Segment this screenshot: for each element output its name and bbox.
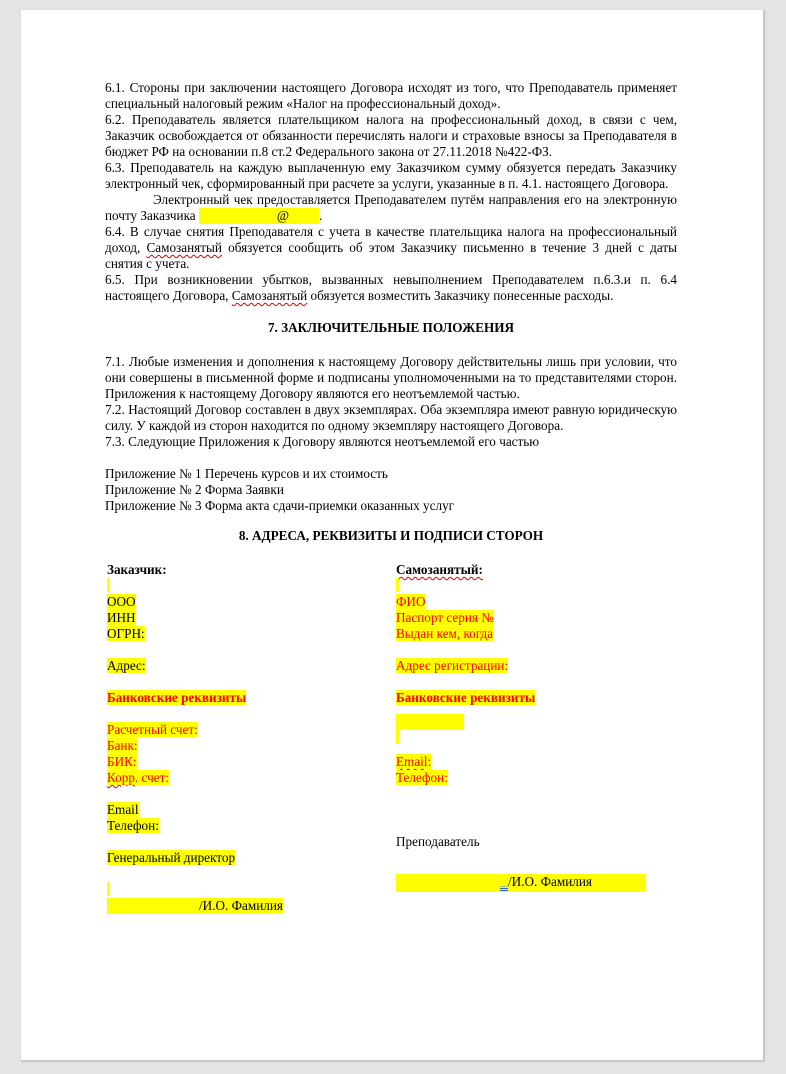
customer-corr-account-field[interactable]: Корр. счет: [107,770,169,785]
clause-6-5-part-b: обязуется возместить Заказчику понесенны… [307,288,613,303]
contractor-header: Самозанятый: [396,562,483,577]
receipt-text: Электронный чек предоставляется Преподав… [105,192,677,223]
appendix-item: Приложение № 1 Перечень курсов и их стои… [105,466,677,482]
customer-ogrn-field[interactable]: ОГРН: [107,626,145,641]
empty-highlight-field[interactable] [396,578,399,592]
section-7-heading: 7. ЗАКЛЮЧИТЕЛЬНЫЕ ПОЛОЖЕНИЯ [105,320,677,336]
customer-position-field[interactable]: Генеральный директор [107,850,235,865]
contractor-requisites: Самозанятый: ФИО Паспорт серия № Выдан к… [396,562,656,890]
spellcheck-word[interactable]: Email [396,754,428,769]
clause-7-2: 7.2. Настоящий Договор составлен в двух … [105,402,677,434]
clause-6-1: 6.1. Стороны при заключении настоящего Д… [105,80,677,112]
clause-6-3: 6.3. Преподаватель на каждую выплаченную… [105,160,677,192]
customer-account-field[interactable]: Расчетный счет: [107,722,198,737]
customer-email-label[interactable]: Email [107,802,139,817]
document-page: 6.1. Стороны при заключении настоящего Д… [21,10,765,1062]
contractor-bank-header[interactable]: Банковские реквизиты [396,690,535,705]
contractor-position: Преподаватель [396,834,656,850]
clause-6-5: 6.5. При возникновении убытков, вызванны… [105,272,677,304]
period: . [319,208,322,223]
clause-6-4: 6.4. В случае снятия Преподавателя с уче… [105,224,677,272]
customer-org-field[interactable]: ООО [107,594,136,609]
empty-highlight-field[interactable] [107,578,110,592]
email-colon: : [428,754,432,769]
requisites-columns: Заказчик: ООО ИНН ОГРН: Адрес: Банковски… [105,562,677,962]
contractor-signature-text: /И.О. Фамилия [508,874,592,889]
customer-email-field[interactable]: @ [199,208,319,224]
customer-bik-field[interactable]: БИК: [107,754,137,769]
document-content[interactable]: 6.1. Стороны при заключении настоящего Д… [105,80,677,962]
contractor-passport-field[interactable]: Паспорт серия № [396,610,494,625]
empty-highlight-field[interactable] [396,730,399,744]
contractor-signature-field[interactable]: __/И.О. Фамилия [396,874,646,892]
customer-signature-field[interactable]: /И.О. Фамилия [107,898,283,914]
contractor-fio-field[interactable]: ФИО [396,594,425,609]
customer-requisites: Заказчик: ООО ИНН ОГРН: Адрес: Банковски… [107,562,367,914]
corr-label-rest: . счет: [135,770,169,785]
signature-underline-mark: __ [500,879,508,891]
contractor-address-field[interactable]: Адрес регистрации: [396,658,508,673]
section-8-heading: 8. АДРЕСА, РЕКВИЗИТЫ И ПОДПИСИ СТОРОН [105,528,677,544]
clause-6-3-receipt: Электронный чек предоставляется Преподав… [105,192,677,224]
customer-inn-field[interactable]: ИНН [107,610,136,625]
clause-7-3: 7.3. Следующие Приложения к Договору явл… [105,434,677,450]
contractor-issued-field[interactable]: Выдан кем, когда [396,626,493,641]
appendix-list: Приложение № 1 Перечень курсов и их стои… [105,466,677,514]
spellcheck-word[interactable]: Самозанятый [232,288,307,303]
clause-7-1: 7.1. Любые изменения и дополнения к наст… [105,354,677,402]
customer-header: Заказчик: [107,562,367,578]
clause-6-2: 6.2. Преподаватель является плательщиком… [105,112,677,160]
customer-bank-field[interactable]: Банк: [107,738,138,753]
empty-highlight-field[interactable] [107,882,110,896]
customer-bank-header[interactable]: Банковские реквизиты [107,690,246,705]
contractor-email-field[interactable]: Email: [396,754,431,769]
appendix-item: Приложение № 3 Форма акта сдачи-приемки … [105,498,677,514]
customer-address-field[interactable]: Адрес: [107,658,146,673]
spellcheck-word[interactable]: Корр [107,770,135,785]
empty-highlight-block[interactable] [396,714,464,730]
spellcheck-word[interactable]: Самозанятый [146,240,221,255]
appendix-item: Приложение № 2 Форма Заявки [105,482,677,498]
contractor-phone-field[interactable]: Телефон: [396,770,448,785]
customer-phone-field[interactable]: Телефон: [107,818,159,833]
